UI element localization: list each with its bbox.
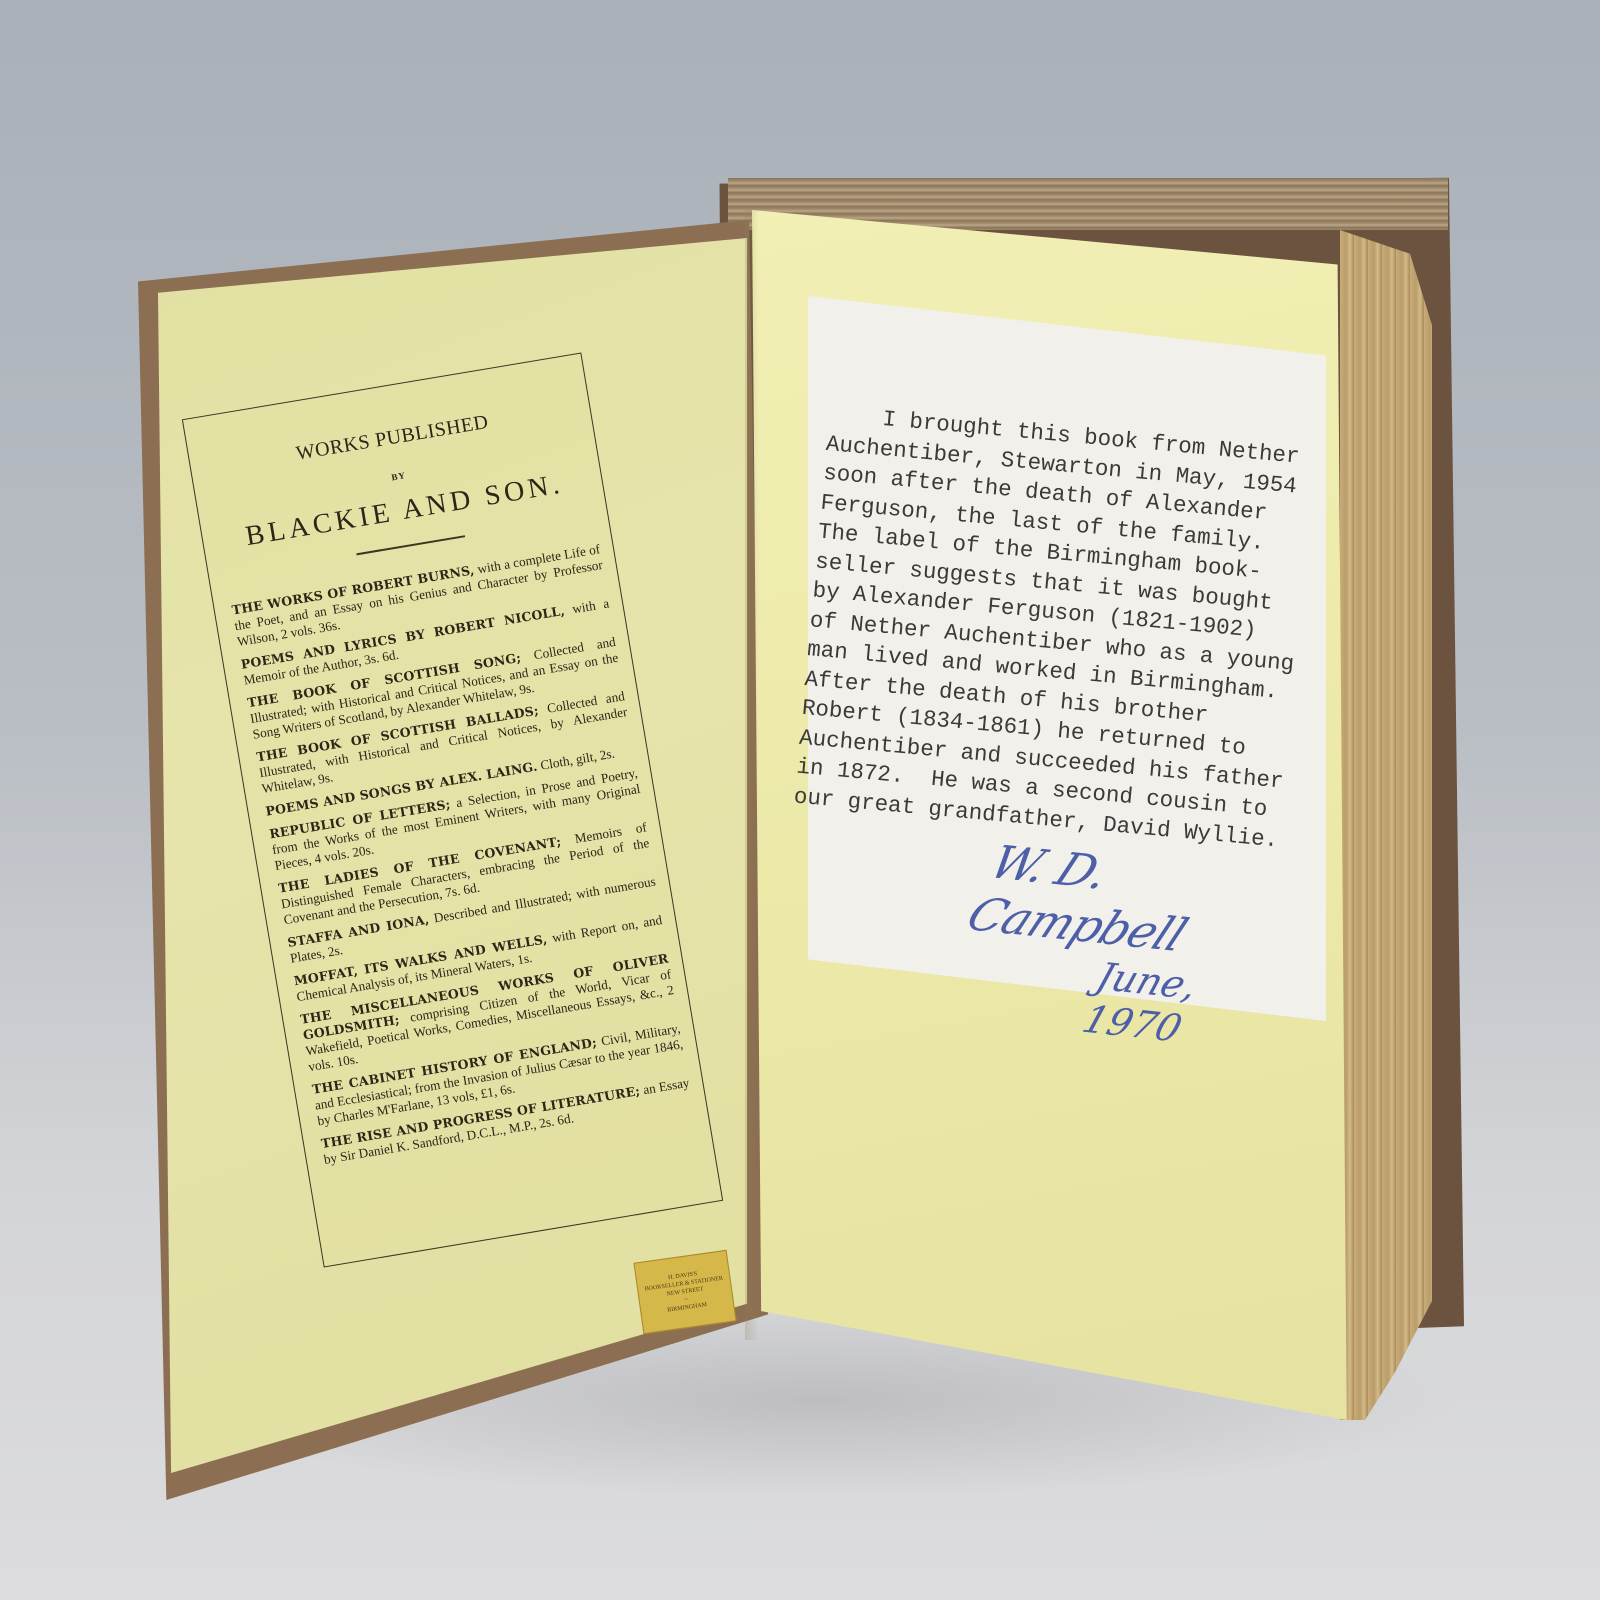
gutter-shadow [745,210,759,1340]
page-fore-edge [1340,230,1440,1420]
ad-divider [356,535,465,555]
typed-provenance-note: I brought this book from Nether Auchenti… [793,400,1308,855]
bookseller-label: H. DAVIS'SBOOKSELLER & STATIONERNEW STRE… [633,1250,736,1334]
ad-item-description: Cloth, gilt, 2s. [536,745,616,773]
